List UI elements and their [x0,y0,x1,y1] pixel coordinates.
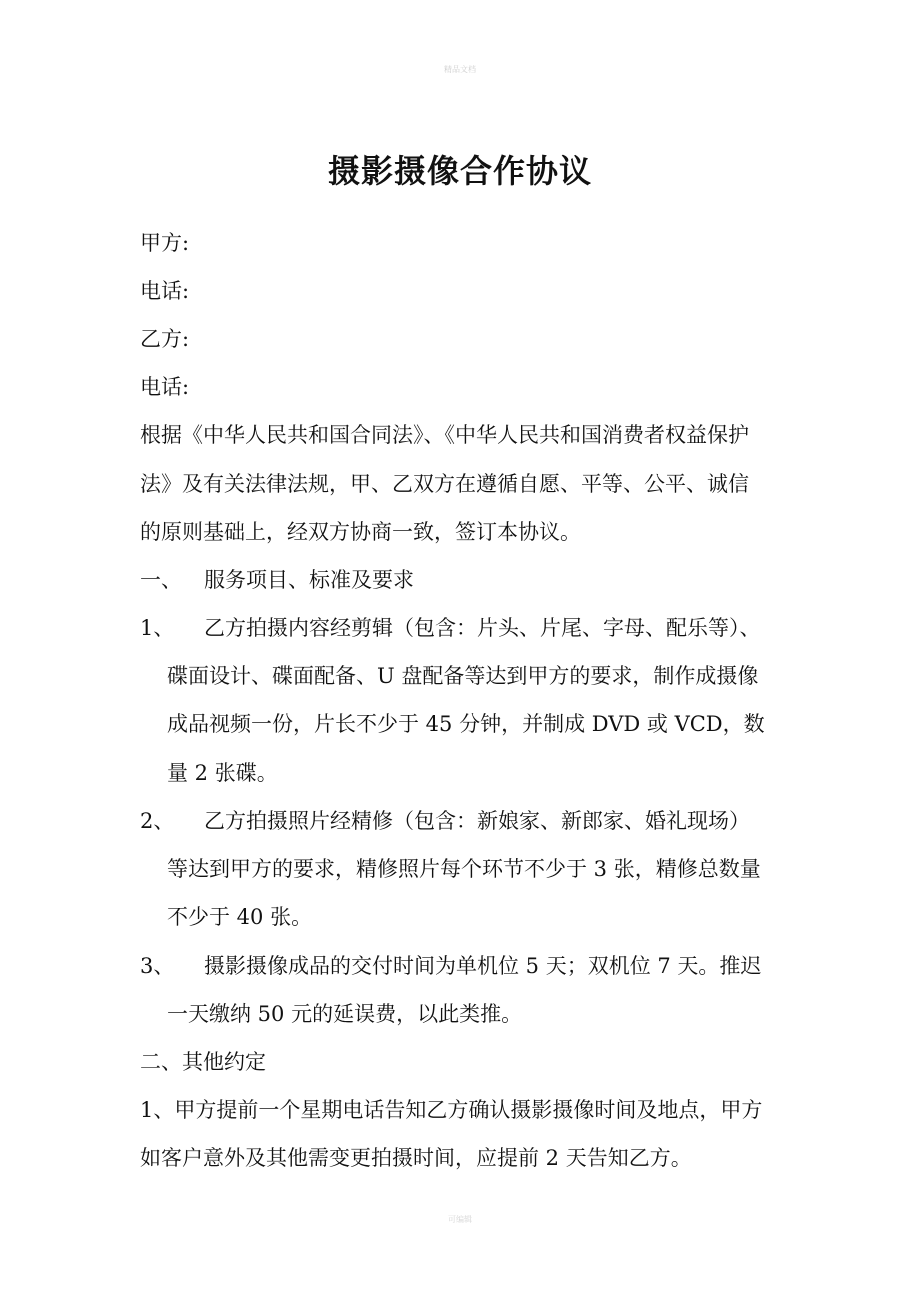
item-line: 乙方拍摄照片经精修（包含：新娘家、新郎家、婚礼现场） [204,809,750,833]
party-a-label: 甲方: [140,229,189,257]
section1-item-3: 3、摄影摄像成品的交付时间为单机位 5 天；双机位 7 天。推迟 [140,952,761,980]
section1-heading: 一、服务项目、标准及要求 [140,566,414,594]
section1-item-2: 2、乙方拍摄照片经精修（包含：新娘家、新郎家、婚礼现场） [140,807,750,835]
item-number: 1、 [140,614,204,642]
preamble-line: 根据《中华人民共和国合同法》、《中华人民共和国消费者权益保护 [140,421,749,449]
section2-item-line: 1、甲方提前一个星期电话告知乙方确认摄影摄像时间及地点，甲方 [140,1096,762,1124]
item-line: 等达到甲方的要求，精修照片每个环节不少于 3 张，精修总数量 [167,855,761,883]
item-line: 一天缴纳 50 元的延误费，以此类推。 [167,1000,522,1028]
item-line: 成品视频一份，片长不少于 45 分钟，并制成 DVD 或 VCD，数 [167,710,765,738]
item-number: 3、 [140,952,204,980]
item-line: 乙方拍摄内容经剪辑（包含：片头、片尾、字母、配乐等）、 [204,616,761,640]
document-title: 摄影摄像合作协议 [0,146,920,192]
footer-watermark: 可编辑 [0,1214,920,1225]
preamble-line: 法》及有关法律法规，甲、乙双方在遵循自愿、平等、公平、诚信 [140,470,749,498]
header-watermark: 精品文档 [0,64,920,75]
item-line: 量 2 张碟。 [167,759,278,787]
item-line: 不少于 40 张。 [167,903,312,931]
section2-heading: 二、其他约定 [140,1048,266,1076]
phone-a-label: 电话: [140,277,189,305]
section1-title: 服务项目、标准及要求 [204,568,414,592]
item-number: 2、 [140,807,204,835]
item-line: 摄影摄像成品的交付时间为单机位 5 天；双机位 7 天。推迟 [204,954,761,978]
section1-item-1: 1、乙方拍摄内容经剪辑（包含：片头、片尾、字母、配乐等）、 [140,614,761,642]
phone-b-label: 电话: [140,373,189,401]
item-line: 碟面设计、碟面配备、U 盘配备等达到甲方的要求，制作成摄像 [167,662,758,690]
party-b-label: 乙方: [140,325,189,353]
section1-number: 一、 [140,566,204,594]
preamble-line: 的原则基础上，经双方协商一致，签订本协议。 [140,518,581,546]
section2-item-line: 如客户意外及其他需变更拍摄时间，应提前 2 天告知乙方。 [140,1144,692,1172]
